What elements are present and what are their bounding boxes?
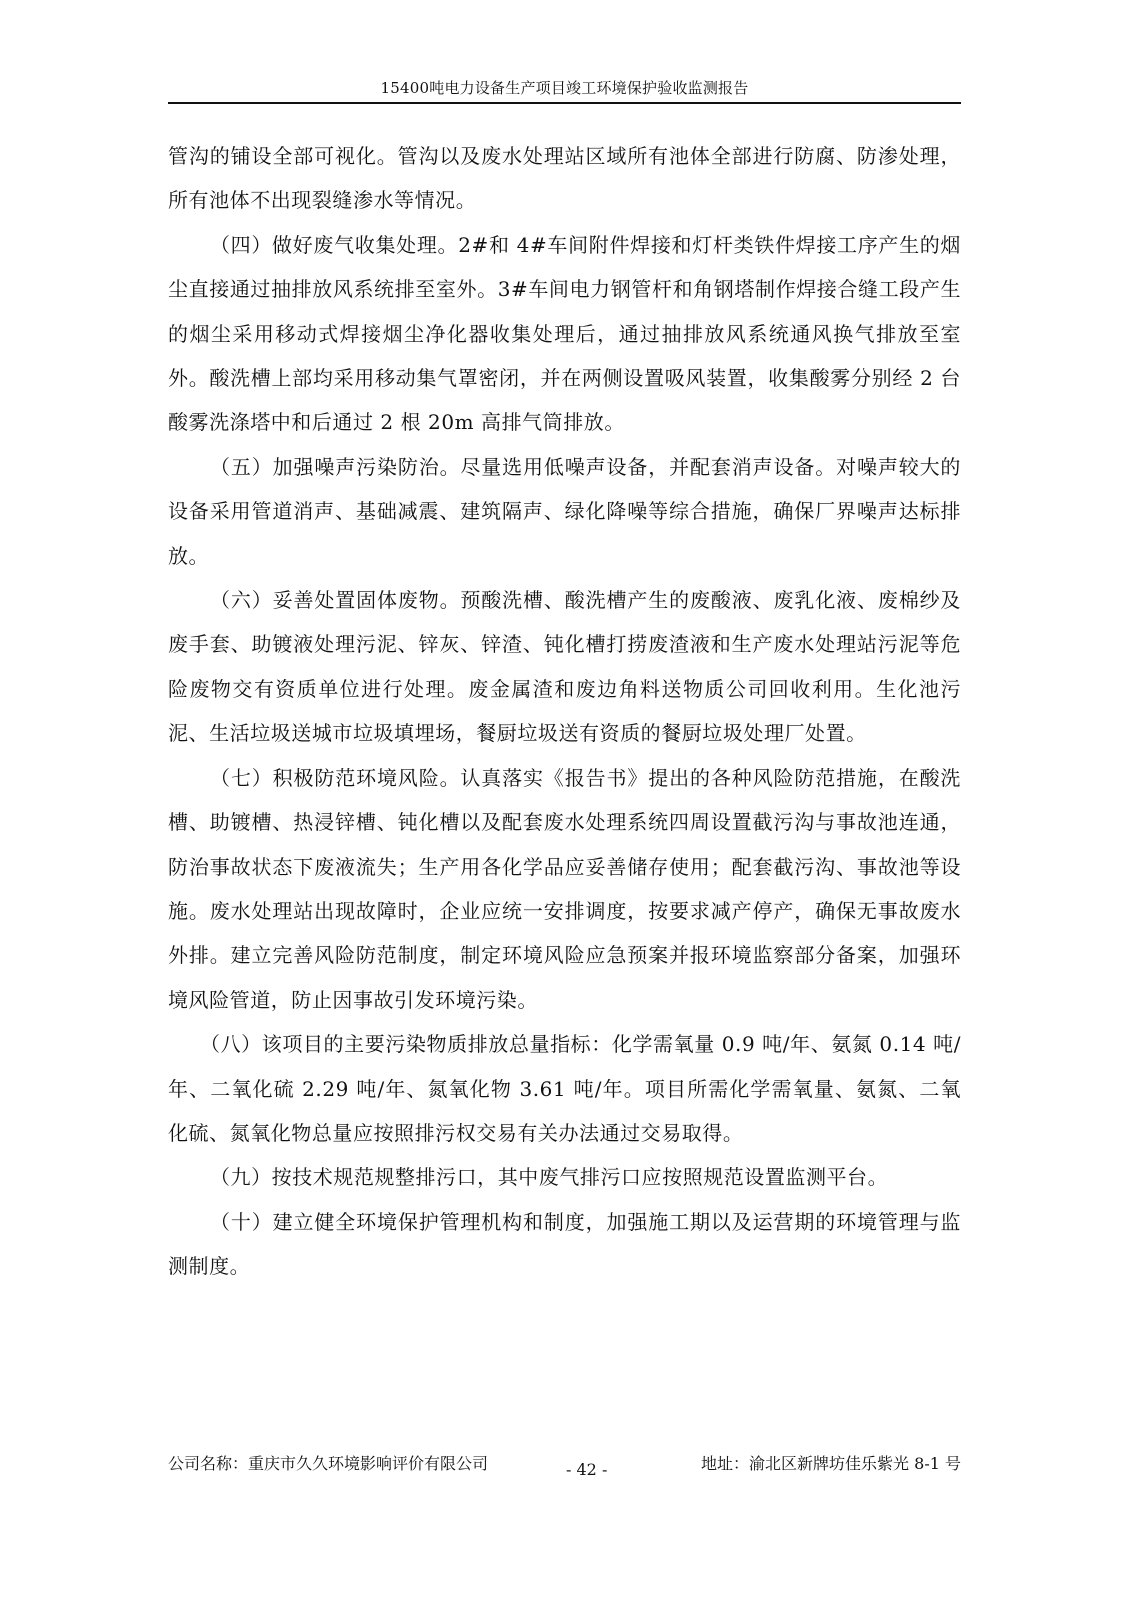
paragraph-management: （十）建立健全环境保护管理机构和制度，加强施工期以及运营期的环境管理与监测制度。 xyxy=(168,1200,961,1289)
page-number: - 42 - xyxy=(566,1458,607,1482)
page-footer: 公司名称：重庆市久久环境影响评价有限公司 - 42 - 地址：渝北区新牌坊佳乐紫… xyxy=(168,1452,961,1482)
paragraph-outlets: （九）按技术规范规整排污口，其中废气排污口应按照规范设置监测平台。 xyxy=(168,1155,961,1199)
header-divider xyxy=(168,102,961,104)
document-body: 管沟的铺设全部可视化。管沟以及废水处理站区域所有池体全部进行防腐、防渗处理，所有… xyxy=(168,134,961,1289)
report-title: 15400吨电力设备生产项目竣工环境保护验收监测报告 xyxy=(381,79,749,97)
paragraph-noise: （五）加强噪声污染防治。尽量选用低噪声设备，并配套消声设备。对噪声较大的设备采用… xyxy=(168,445,961,578)
paragraph-environmental-risk: （七）积极防范环境风险。认真落实《报告书》提出的各种风险防范措施，在酸洗槽、助镀… xyxy=(168,756,961,1022)
paragraph-emission-totals: （八）该项目的主要污染物质排放总量指标：化学需氧量 0.9 吨/年、氨氮 0.1… xyxy=(168,1022,961,1155)
footer-company-name: 公司名称：重庆市久久环境影响评价有限公司 xyxy=(168,1452,488,1476)
paragraph-waste-gas: （四）做好废气收集处理。2#和 4#车间附件焊接和灯杆类铁件焊接工序产生的烟尘直… xyxy=(168,223,961,445)
paragraph-continuation: 管沟的铺设全部可视化。管沟以及废水处理站区域所有池体全部进行防腐、防渗处理，所有… xyxy=(168,134,961,223)
footer-address: 地址：渝北区新牌坊佳乐紫光 8-1 号 xyxy=(701,1452,961,1476)
paragraph-solid-waste: （六）妥善处置固体废物。预酸洗槽、酸洗槽产生的废酸液、废乳化液、废棉纱及废手套、… xyxy=(168,578,961,756)
